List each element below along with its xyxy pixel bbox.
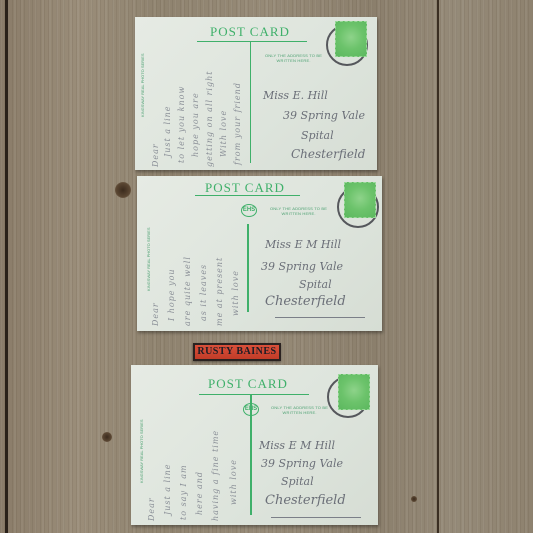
message-line: to say I am — [179, 464, 188, 520]
message-line: to let you know — [177, 86, 186, 163]
message-line: with love — [229, 459, 238, 505]
divider-line — [247, 224, 249, 312]
address-line-4: Chesterfield — [265, 493, 346, 508]
address-instruction: ONLY THE ADDRESS TO BE WRITTEN HERE. — [265, 53, 322, 63]
message-line: from your friend — [233, 82, 242, 165]
address-line-1: Miss E. Hill — [263, 89, 328, 102]
postcard-title: POST CARD — [210, 24, 290, 40]
postage-stamp — [335, 21, 367, 57]
message-line: Dear — [151, 143, 160, 167]
plank-gap — [5, 0, 8, 533]
message-line: I hope you — [167, 268, 176, 321]
underline — [271, 517, 361, 518]
publisher-monogram: EHS — [241, 204, 257, 217]
brand-badge: RUSTY BAINES — [193, 343, 281, 361]
message-line: With love — [219, 110, 228, 157]
address-line-3: Spital — [281, 475, 314, 488]
address-line-3: Spital — [301, 129, 334, 142]
message-line: me at present — [215, 257, 224, 326]
address-line-2: 39 Spring Vale — [261, 457, 343, 470]
divider-line — [250, 41, 251, 163]
address-line-1: Miss E M Hill — [259, 439, 335, 452]
message-line: Just a line — [163, 105, 172, 157]
message-line: Dear — [151, 302, 160, 326]
plank-gap — [437, 0, 439, 533]
postage-stamp — [344, 182, 376, 218]
publisher-imprint: KINGSWAY REAL PHOTO SERIES — [146, 228, 151, 292]
title-rule — [199, 394, 309, 395]
wood-knot — [115, 182, 131, 198]
address-line-2: 39 Spring Vale — [261, 260, 343, 273]
wood-knot — [102, 432, 112, 442]
message-line: are quite well — [183, 256, 192, 326]
underline — [275, 317, 365, 318]
address-line-3: Spital — [299, 278, 332, 291]
message-line: with love — [231, 270, 240, 316]
address-line-1: Miss E M Hill — [265, 238, 341, 251]
postcard-3: POST CARD EHS ONLY THE ADDRESS TO BE WRI… — [131, 365, 378, 525]
message-line: Dear — [147, 497, 156, 521]
postcard-title: POST CARD — [205, 180, 285, 196]
message-line: having a fine time — [211, 430, 220, 521]
address-instruction: ONLY THE ADDRESS TO BE WRITTEN HERE. — [271, 405, 328, 415]
divider-line — [250, 395, 252, 515]
postage-stamp — [338, 374, 370, 410]
address-line-4: Chesterfield — [265, 294, 346, 309]
message-line: as it leaves — [199, 264, 208, 321]
title-rule — [195, 195, 300, 196]
message-line: getting on all right — [205, 71, 214, 167]
address-instruction: ONLY THE ADDRESS TO BE WRITTEN HERE. — [270, 206, 327, 216]
publisher-imprint: KINGSWAY REAL PHOTO SERIES — [140, 54, 145, 118]
postcard-title: POST CARD — [208, 376, 288, 392]
address-line-2: 39 Spring Vale — [283, 109, 365, 122]
message-line: hope you are — [191, 92, 200, 157]
title-rule — [197, 41, 307, 42]
message-line: here and — [195, 471, 204, 515]
publisher-imprint: KINGSWAY REAL PHOTO SERIES — [139, 420, 144, 484]
address-line-4: Chesterfield — [291, 147, 365, 161]
postcard-2: POST CARD EHS ONLY THE ADDRESS TO BE WRI… — [137, 176, 382, 331]
message-line: Just a line — [163, 463, 172, 515]
postcard-1: POST CARD ONLY THE ADDRESS TO BE WRITTEN… — [135, 17, 377, 170]
wood-knot — [411, 496, 417, 502]
